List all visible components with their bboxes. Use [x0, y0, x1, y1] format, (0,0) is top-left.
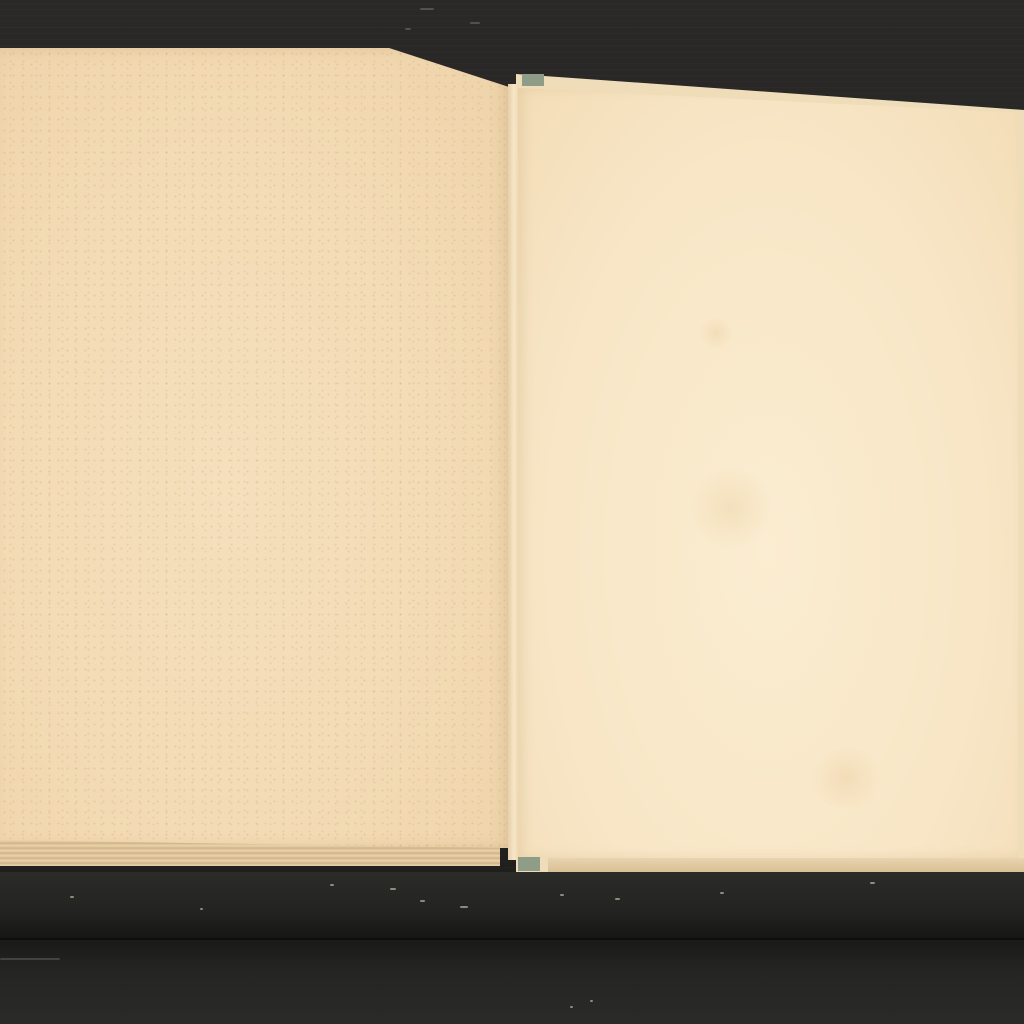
wood-scratch [390, 888, 396, 890]
paper-stain [696, 318, 736, 348]
paper-stain [806, 748, 886, 808]
left-page [0, 48, 512, 848]
wood-scratch [470, 22, 480, 24]
wood-scratch [615, 898, 620, 900]
wooden-surface-bottom [0, 940, 1024, 1024]
wood-scratch [570, 1006, 573, 1008]
wood-scratch [560, 894, 564, 896]
wood-scratch [0, 958, 60, 960]
right-cover-bottom-edge [548, 858, 1024, 872]
book-gutter [508, 84, 518, 860]
wood-scratch [330, 884, 334, 886]
wood-scratch [405, 28, 411, 30]
wood-scratch [70, 896, 74, 898]
wood-scratch [870, 882, 875, 884]
paper-foxing-texture [0, 48, 512, 848]
cloth-binding-bottom [518, 857, 540, 871]
wood-scratch [720, 892, 724, 894]
photo-scene [0, 0, 1024, 1024]
wood-scratch [200, 908, 203, 910]
wood-scratch [420, 900, 425, 902]
wooden-ledge-front [0, 872, 1024, 940]
paper-stain [686, 468, 776, 548]
wood-scratch [590, 1000, 593, 1002]
wood-scratch [460, 906, 468, 908]
cloth-binding-top [522, 74, 544, 86]
right-page [516, 88, 1018, 858]
wood-scratch [420, 8, 434, 10]
